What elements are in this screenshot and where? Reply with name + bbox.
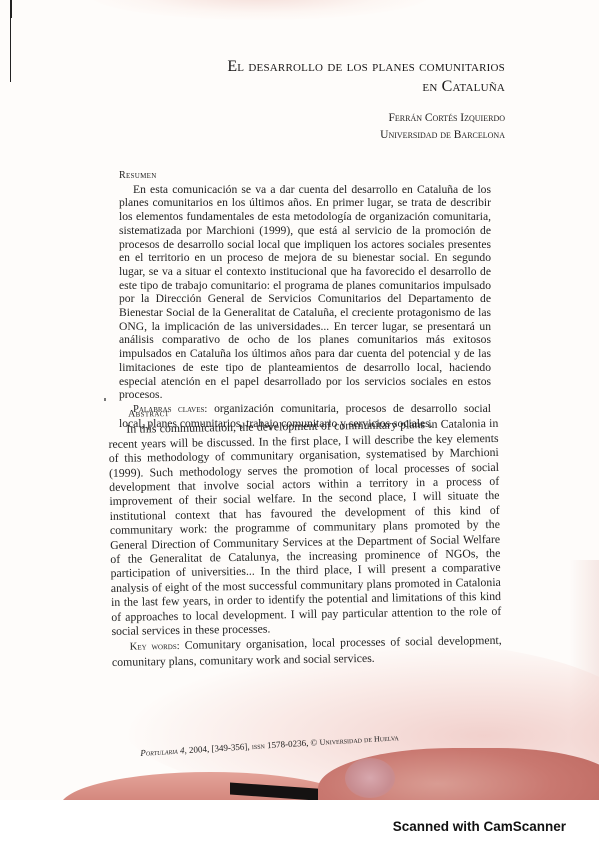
resumen-heading: Resumen xyxy=(119,169,491,183)
article-title: El desarrollo de los planes comunitarios… xyxy=(227,57,505,97)
copyright-icon: © xyxy=(310,737,317,747)
stray-mark xyxy=(104,398,106,401)
abstract-section: Abstract In this communication, the deve… xyxy=(108,402,502,669)
abstract-body: In this communication, the development o… xyxy=(108,416,501,638)
author-name: Ferrán Cortés Izquierdo xyxy=(380,110,505,127)
resumen-section: Resumen En esta comunicación se va a dar… xyxy=(119,169,491,430)
page-edge-line-thick xyxy=(10,0,12,18)
title-line-2: en Cataluña xyxy=(227,77,505,97)
author-affiliation: Universidad de Barcelona xyxy=(380,127,505,144)
author-info: Ferrán Cortés Izquierdo Universidad de B… xyxy=(380,110,505,144)
issn-label: issn xyxy=(252,741,266,751)
abstract-keywords-label: Key words: xyxy=(130,640,180,652)
abstract-keywords: Key words: Comunitary organisation, loca… xyxy=(112,632,502,669)
thumbnail-highlight xyxy=(345,758,395,798)
title-line-1: El desarrollo de los planes comunitarios xyxy=(227,57,505,77)
resumen-body: En esta comunicación se va a dar cuenta … xyxy=(119,183,491,402)
top-smudge xyxy=(90,0,430,20)
camscanner-watermark: Scanned with CamScanner xyxy=(393,819,566,834)
journal-volume: 4, xyxy=(180,745,187,755)
scanned-page: El desarrollo de los planes comunitarios… xyxy=(0,0,599,800)
